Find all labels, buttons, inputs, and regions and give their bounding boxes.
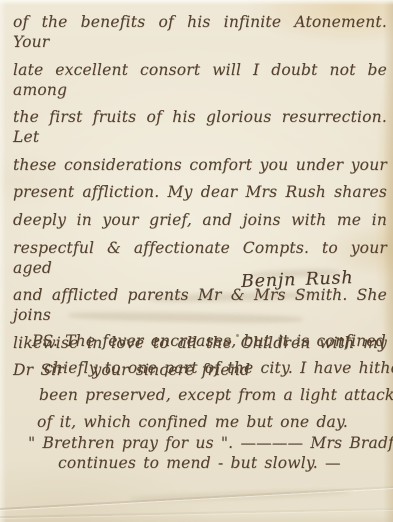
paper-crease — [0, 508, 393, 519]
letter-line: present affliction. My dear Mrs Rush sha… — [13, 182, 387, 202]
postscript-line: " Brethren pray for us ". ———— Mrs Bradf… — [28, 433, 392, 453]
letter-line: of the benefits of his infinite Atonemen… — [13, 12, 387, 52]
paper-crease — [0, 485, 393, 510]
letter-line: these considerations comfort you under y… — [13, 155, 387, 175]
postscript-line: chiefly to one part of the city. I have … — [44, 358, 392, 378]
letter-page: of the benefits of his infinite Atonemen… — [0, 0, 393, 522]
signature: Benjn Rush — [241, 267, 354, 293]
postscript-line: continues to mend - but slowly. — — [58, 453, 392, 473]
postscript: PS. The fever encreases, but it is confi… — [30, 331, 392, 473]
ink-showthrough — [130, 488, 350, 503]
letter-line: and afflicted parents Mr & Mrs Smith. Sh… — [13, 285, 387, 325]
postscript-line: been preserved, except from a light atta… — [39, 385, 392, 405]
postscript-line: of it, which confined me but one day. — [37, 412, 392, 432]
letter-line: late excellent consort will I doubt not … — [13, 60, 387, 100]
postscript-line: PS. The fever encreases, but it is confi… — [32, 331, 392, 351]
letter-line: the first fruits of his glorious resurre… — [13, 107, 387, 147]
letter-line: deeply in your grief, and joins with me … — [13, 210, 387, 230]
